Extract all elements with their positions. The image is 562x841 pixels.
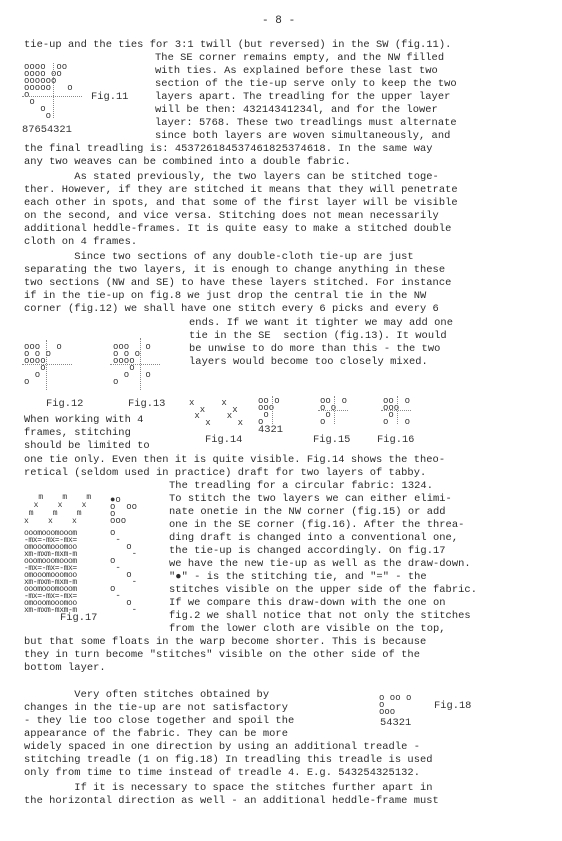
fig14-caption: Fig.14	[205, 434, 242, 446]
fig11-numbers: 87654321	[22, 124, 72, 136]
fig17-treadling: o - o - o - o - o - o -	[110, 530, 137, 614]
fig15-horizontal-divider	[318, 410, 348, 411]
text-line: bottom layer.	[24, 661, 106, 675]
fig12-tieup: ooo o o o o oooo o o o	[24, 344, 62, 386]
fig14-tieup: oo o ooo o o	[258, 398, 280, 426]
fig17-threading: m m m x x x m m m x x x	[24, 494, 91, 526]
fig12-vertical-divider	[46, 340, 47, 390]
fig14-tieup-divider	[272, 396, 273, 424]
text-line: should be limited to	[24, 439, 150, 453]
text-line: layers would become too closely mixed.	[189, 355, 428, 369]
fig11-vertical-divider	[53, 63, 54, 118]
fig12-caption: Fig.12	[46, 398, 83, 410]
fig13-caption: Fig.13	[128, 398, 165, 410]
fig18-tieup: o oo o o ooo	[379, 695, 411, 716]
fig11-tieup: oooo oo oooo oo oooooo ooooo o o o o o	[24, 64, 73, 120]
text-line: the horizontal direction as well - an ad…	[24, 794, 439, 808]
fig17-tieup: ●o o oo o ooo	[110, 497, 137, 525]
fig11-caption: Fig.11	[91, 91, 128, 103]
fig15-caption: Fig.15	[313, 434, 350, 446]
fig13-tieup: ooo o o o o oooo o o o o	[113, 344, 151, 386]
text-line: only from time to time instead of treadl…	[24, 766, 420, 780]
fig17-drawdown: ooomooomooom -mx=-mx=-mx= omooomooomoo x…	[24, 530, 77, 614]
fig11-horizontal-divider	[22, 96, 82, 97]
text-line: cloth on 4 frames.	[24, 235, 137, 249]
fig13-horizontal-divider	[110, 364, 160, 365]
fig16-horizontal-divider	[381, 410, 411, 411]
fig14-draft: x x x x x x x x	[189, 400, 243, 426]
fig17-caption: Fig.17	[60, 612, 97, 624]
text-line: any two weaves can be combined into a do…	[24, 155, 351, 169]
fig12-horizontal-divider	[22, 364, 72, 365]
text-line: corner (fig.12) we shall have one stitch…	[24, 302, 439, 316]
fig18-numbers: 54321	[380, 717, 411, 729]
fig18-caption: Fig.18	[434, 700, 471, 712]
page-number: - 8 -	[262, 14, 295, 28]
fig16-caption: Fig.16	[377, 434, 414, 446]
